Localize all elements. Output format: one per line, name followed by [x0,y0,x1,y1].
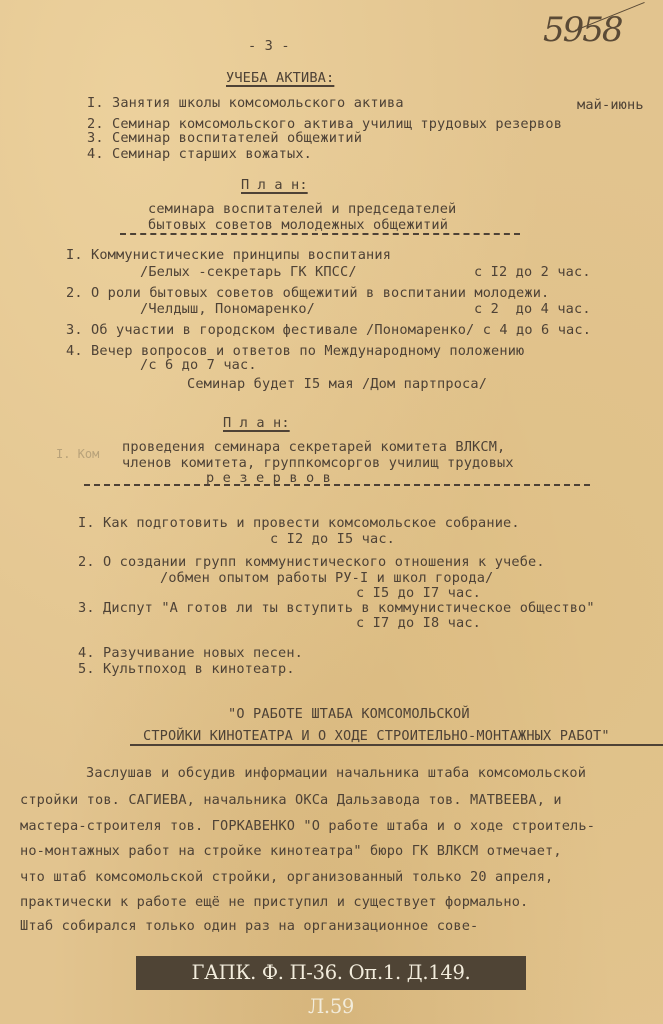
resolution-body-line-7: Штаб собирался только один раз на органи… [20,918,478,934]
plan-2-faint-mark: I. Ком [56,447,99,461]
plan-2-dashed-rule [84,484,590,486]
plan-1-item-3: 3. Об участии в городском фестивале /Пон… [66,322,591,338]
plan-2-item-1-time: с I2 до I5 час. [270,531,395,547]
plan-1-subtitle-line-1: семинара воспитателей и председателей [148,201,456,217]
archival-document-page: - 3 - 5958 УЧЕБА АКТИВА: I. Занятия школ… [0,0,663,1024]
plan-1-note: Семинар будет I5 мая /Дом партпроса/ [187,376,487,392]
plan-1-item-1: I. Коммунистические принципы воспитания [66,247,391,263]
section-title-study: УЧЕБА АКТИВА: [226,70,334,86]
plan-1-heading: П л а н: [241,177,308,193]
study-item-3: 3. Семинар воспитателей общежитий [87,130,362,146]
resolution-body-line-5: что штаб комсомольской стройки, организо… [20,869,553,885]
study-item-1-note: май-июнь [577,97,644,113]
resolution-body-line-4: но-монтажных работ на стройке кинотеатра… [20,843,562,859]
resolution-body-line-2: стройки тов. САГИЕВА, начальника ОКСа Да… [20,792,562,808]
plan-2-item-1: I. Как подготовить и провести комсомольс… [78,515,520,531]
plan-2-item-3-time: с I7 до I8 час. [356,615,481,631]
plan-1-item-4-time: /с 6 до 7 час. [140,357,257,373]
study-item-4: 4. Семинар старших вожатых. [87,146,312,162]
resolution-body-line-6: практически к работе ещё не приступил и … [20,894,528,910]
study-item-1: I. Занятия школы комсомольского актива [87,95,404,111]
resolution-title-line-2: СТРОЙКИ КИНОТЕАТРА И О ХОДЕ СТРОИТЕЛЬНО-… [143,728,610,744]
plan-1-item-2-time: с 2 до 4 час. [474,301,591,317]
resolution-body-line-1: Заслушав и обсудив информации начальника… [86,765,586,781]
plan-1-subtitle-line-2: бытовых советов молодежных общежитий [148,217,448,233]
page-number: - 3 - [248,38,290,54]
plan-1-item-4: 4. Вечер вопросов и ответов по Междунаро… [66,343,524,359]
plan-1-item-1-time: с I2 до 2 час. [474,264,591,280]
resolution-body-line-3: мастера-строителя тов. ГОРКАВЕНКО "О раб… [20,818,595,834]
plan-1-dashed-rule [120,233,520,235]
plan-2-item-5: 5. Культпоход в кинотеатр. [78,661,295,677]
plan-2-heading: П л а н: [223,415,290,431]
resolution-title-line-1: "О РАБОТЕ ШТАБА КОМСОМОЛЬСКОЙ [228,706,470,722]
plan-1-item-2-speaker: /Челдыш, Пономаренко/ [140,301,315,317]
plan-1-item-1-speaker: /Белых -секретарь ГК КПСС/ [140,264,357,280]
plan-2-item-3: 3. Диспут "А готов ли ты вступить в комм… [78,600,595,616]
sheet-number-struck: 58 [582,10,621,50]
resolution-title-underline [130,744,663,746]
archive-reference-label: ГАПК. Ф. П-36. Оп.1. Д.149. Л.59 [136,956,526,990]
plan-2-item-2-time: с I5 до I7 час. [356,585,481,601]
plan-2-subtitle-line-1: проведения семинара секретарей комитета … [122,439,505,455]
plan-2-item-2-detail: /обмен опытом работы РУ-I и школ города/ [160,570,493,586]
plan-2-item-4: 4. Разучивание новых песен. [78,645,303,661]
plan-2-item-2: 2. О создании групп коммунистического от… [78,554,545,570]
plan-1-item-2: 2. О роли бытовых советов общежитий в во… [66,285,549,301]
plan-2-subtitle-line-2: членов комитета, группкомсоргов училищ т… [122,455,514,471]
